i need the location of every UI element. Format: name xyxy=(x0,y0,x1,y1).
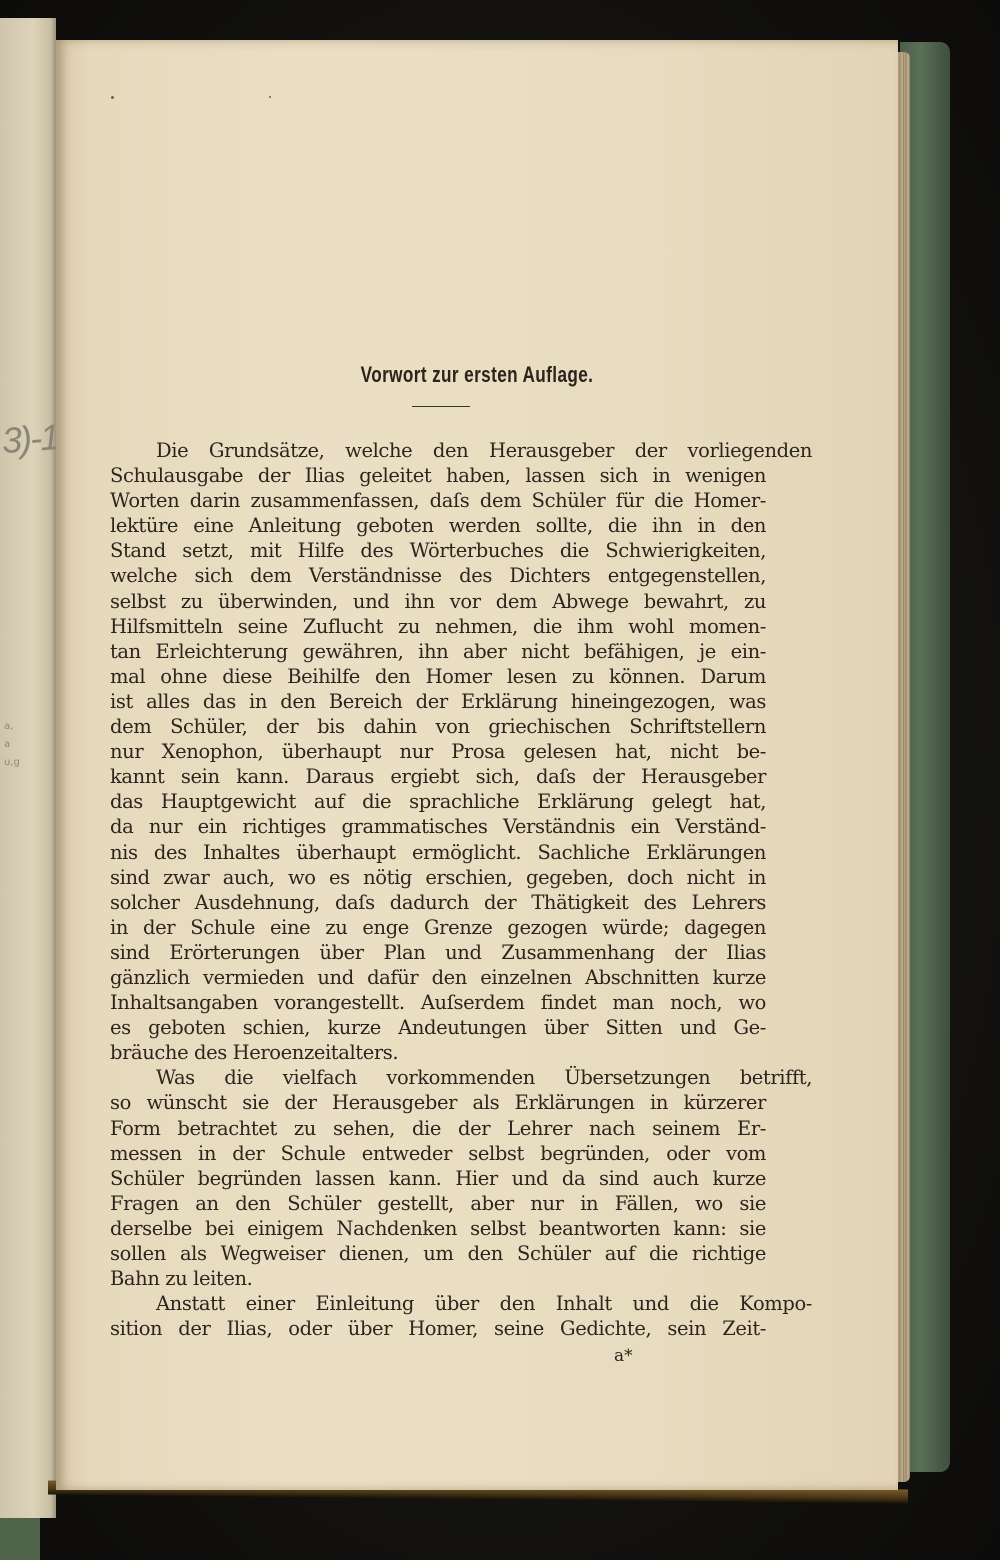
page-title: Vorwort zur ersten Auflage. xyxy=(149,362,806,388)
text-line: Was die vielfach vorkommenden Übersetzun… xyxy=(110,1065,812,1090)
paper-speck xyxy=(111,96,114,99)
text-line: Die Grundsätze, welche den Herausgeber d… xyxy=(110,438,812,463)
signature-mark: a* xyxy=(614,1346,633,1366)
text-line: Inhaltsangaben vorangestellt. Auſserdem … xyxy=(110,990,766,1015)
text-line: welche sich dem Verständnisse des Dichte… xyxy=(110,563,766,588)
paper-speck xyxy=(269,96,271,98)
text-line: nur Xenophon, überhaupt nur Prosa gelese… xyxy=(110,739,766,764)
text-line: Schüler begründen lassen kann. Hier und … xyxy=(110,1166,766,1191)
text-line: Schulausgabe der Ilias geleitet haben, l… xyxy=(110,463,766,488)
text-line: dem Schüler, der bis dahin von griechisc… xyxy=(110,714,766,739)
text-line: Stand setzt, mit Hilfe des Wörterbuches … xyxy=(110,538,766,563)
text-line: da nur ein richtiges grammatisches Verst… xyxy=(110,814,766,839)
text-line: nis des Inhaltes überhaupt ermöglicht. S… xyxy=(110,840,766,865)
text-line: bräuche des Heroenzeitalters. xyxy=(110,1040,766,1065)
text-line: kannt sein kann. Daraus ergiebt sich, da… xyxy=(110,764,766,789)
text-line: messen in der Schule entweder selbst beg… xyxy=(110,1141,766,1166)
text-line: sition der Ilias, oder über Homer, seine… xyxy=(110,1316,766,1341)
text-line: es geboten schien, kurze Andeutungen übe… xyxy=(110,1015,766,1040)
text-line: das Hauptgewicht auf die sprachliche Erk… xyxy=(110,789,766,814)
text-line: sollen als Wegweiser dienen, um den Schü… xyxy=(110,1241,766,1266)
body-text: Die Grundsätze, welche den Herausgeber d… xyxy=(110,438,766,1341)
text-line: Anstatt einer Einleitung über den Inhalt… xyxy=(110,1291,812,1316)
text-line: gänzlich vermieden und dafür den einzeln… xyxy=(110,965,766,990)
margin-annotation: 3)-1/3 xyxy=(1,416,64,462)
margin-mark: a xyxy=(4,736,20,754)
title-rule xyxy=(412,406,470,407)
text-line: selbst zu überwinden, und ihn vor dem Ab… xyxy=(110,589,766,614)
text-line: derselbe bei einigem Nachdenken selbst b… xyxy=(110,1216,766,1241)
margin-marks: a, a u,g xyxy=(4,718,20,772)
text-line: lektüre eine Anleitung geboten werden so… xyxy=(110,513,766,538)
text-line: Form betrachtet zu sehen, die der Lehrer… xyxy=(110,1116,766,1141)
text-line: sind zwar auch, wo es nötig erschien, ge… xyxy=(110,865,766,890)
text-line: Hilfsmitteln seine Zuflucht zu nehmen, d… xyxy=(110,614,766,639)
margin-mark: u,g xyxy=(4,754,20,772)
text-line: in der Schule eine zu enge Grenze gezoge… xyxy=(110,915,766,940)
text-line: solcher Ausdehnung, daſs dadurch der Thä… xyxy=(110,890,766,915)
text-line: sind Erörterungen über Plan und Zusammen… xyxy=(110,940,766,965)
text-line: ist alles das in den Bereich der Erkläru… xyxy=(110,689,766,714)
text-line: mal ohne diese Beihilfe den Homer lesen … xyxy=(110,664,766,689)
margin-mark: a, xyxy=(4,718,20,736)
text-line: tan Erleichterung gewähren, ihn aber nic… xyxy=(110,639,766,664)
text-line: Worten darin zusammenfassen, daſs dem Sc… xyxy=(110,488,766,513)
book-page: Vorwort zur ersten Auflage. Die Grundsät… xyxy=(56,40,898,1490)
text-line: so wünscht sie der Herausgeber als Erklä… xyxy=(110,1090,766,1115)
text-line: Fragen an den Schüler gestellt, aber nur… xyxy=(110,1191,766,1216)
text-line: Bahn zu leiten. xyxy=(110,1266,766,1291)
left-page: 3)-1/3 a, a u,g xyxy=(0,18,56,1518)
